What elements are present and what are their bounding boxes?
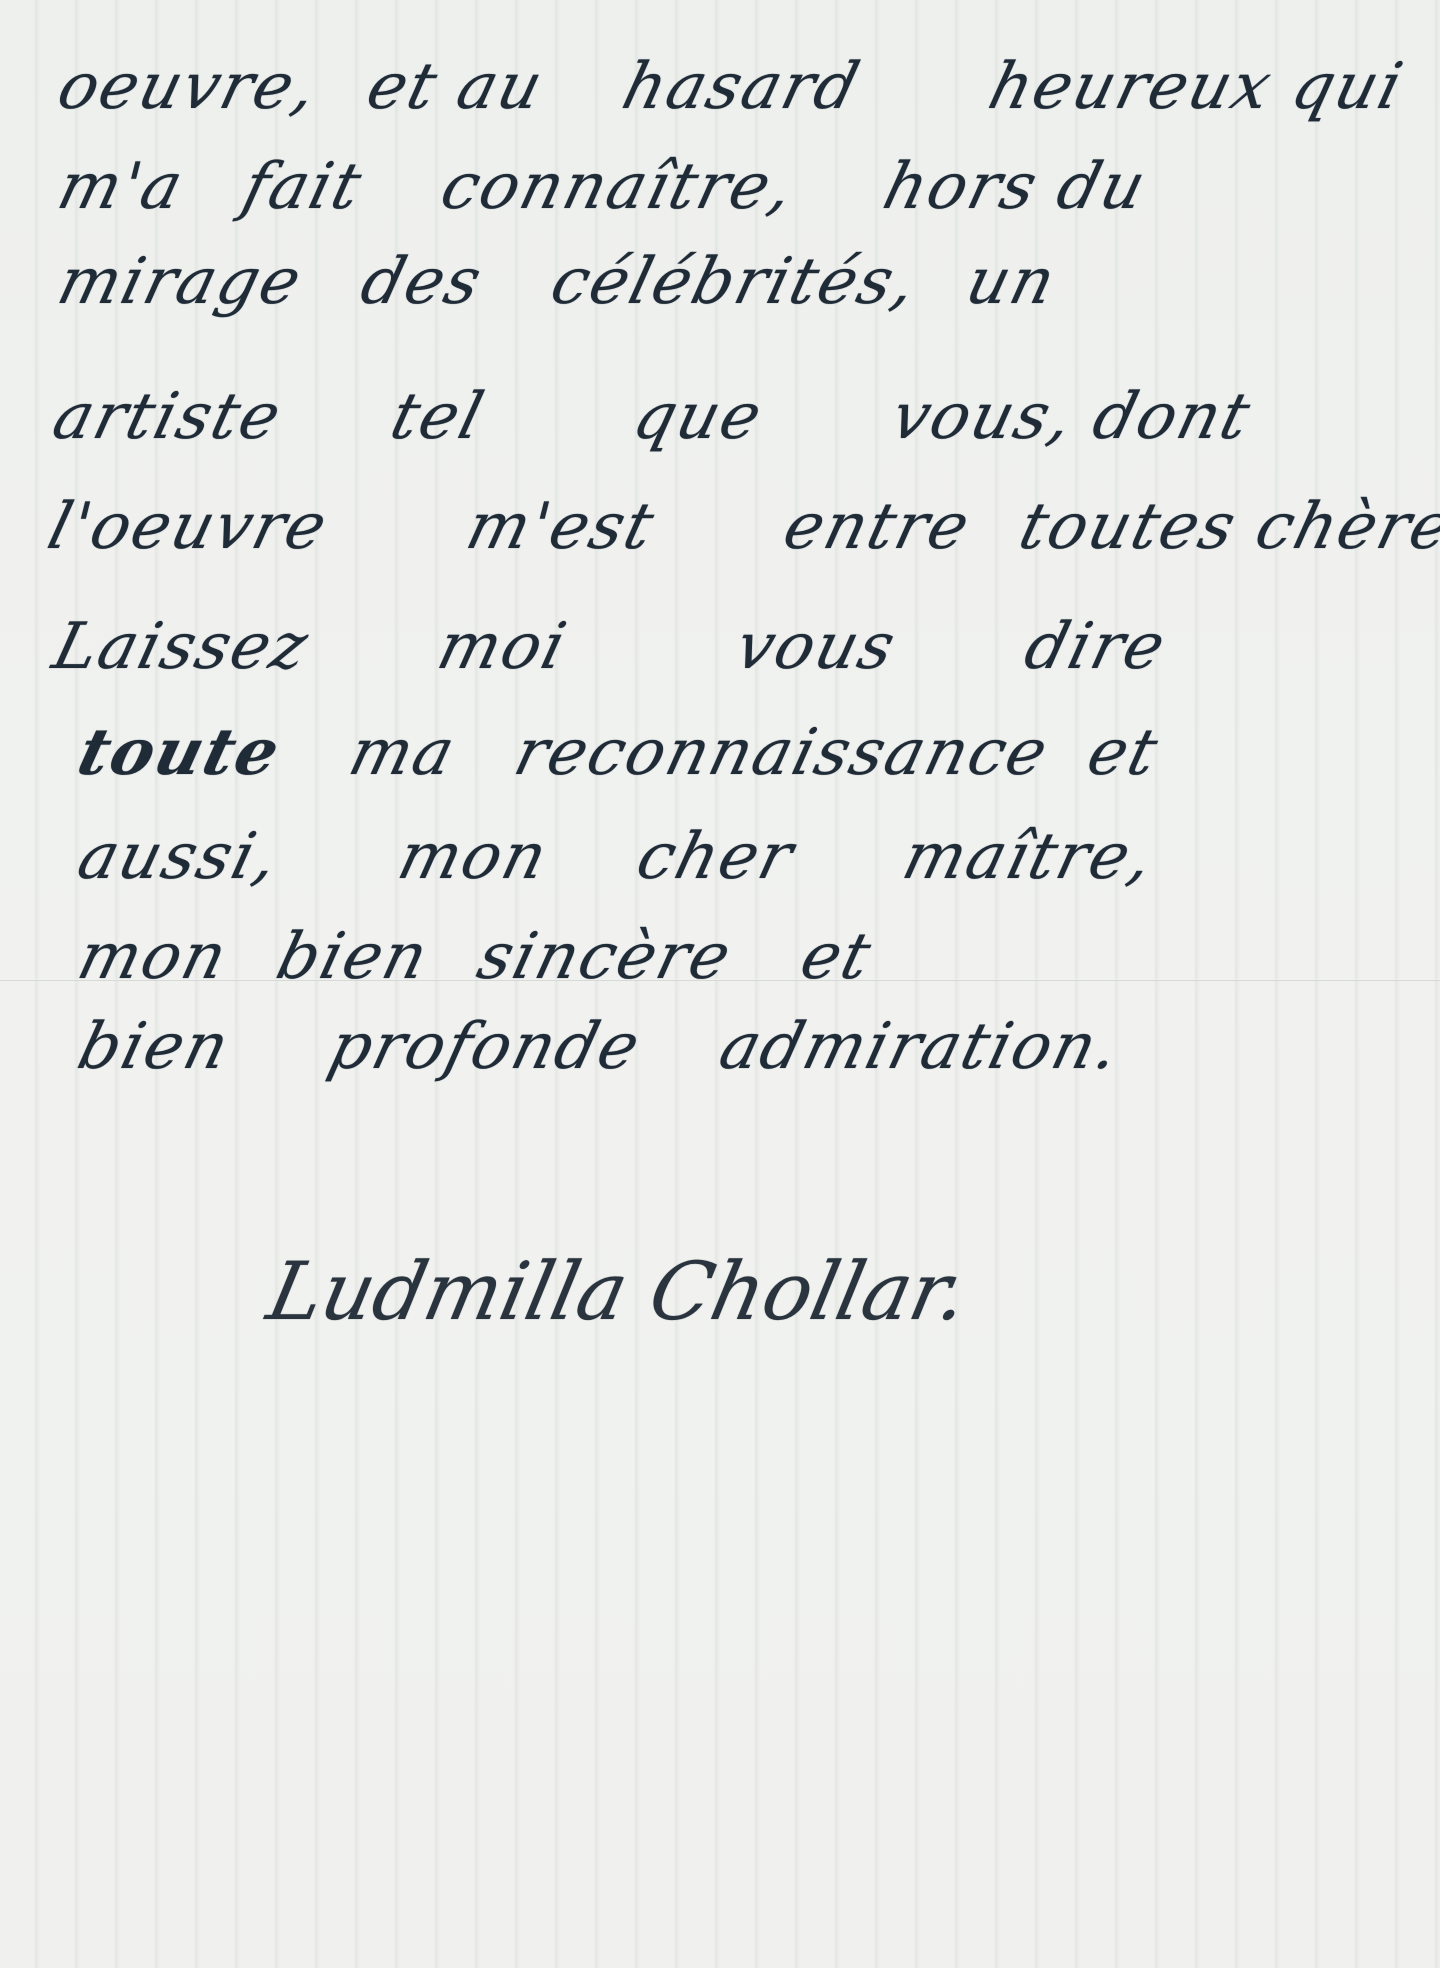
word: profonde xyxy=(322,1010,649,1084)
letter-line-8: aussi, mon cher maître, xyxy=(71,820,1162,894)
word: hasard xyxy=(615,50,867,124)
letter-line-7: toute ma reconnaissance et xyxy=(71,715,1167,790)
word: l'oeuvre xyxy=(41,490,336,564)
word: artiste xyxy=(46,380,290,454)
word: oeuvre, xyxy=(51,50,326,124)
word: tel xyxy=(383,380,492,454)
word: mon xyxy=(71,920,236,994)
word: Laissez xyxy=(46,610,317,684)
word: maître, xyxy=(896,820,1162,894)
word: toutes chère xyxy=(1012,490,1440,564)
word: un xyxy=(959,245,1064,319)
word: célébrités, xyxy=(544,245,925,319)
word: m'est xyxy=(459,490,662,564)
word: toute xyxy=(71,715,289,790)
letter-line-3: mirage des célébrités, un xyxy=(51,245,1064,319)
word: mirage xyxy=(51,245,310,319)
word: heureux qui xyxy=(982,50,1412,124)
word: connaître, xyxy=(434,150,802,224)
letter-line-5: l'oeuvre m'est entre toutes chère xyxy=(41,490,1440,564)
letter-line-6: Laissez moi vous dire xyxy=(46,610,1174,684)
letter-line-1: oeuvre, et au hasard heureux qui xyxy=(51,50,1411,124)
word: fait xyxy=(236,150,370,224)
letter-line-2: m'a fait connaître, hors du xyxy=(51,150,1155,224)
word: mon xyxy=(391,820,556,894)
word: ma xyxy=(342,716,463,790)
letter-line-9: mon bien sincère et xyxy=(71,920,880,994)
word: bien xyxy=(270,920,437,994)
word: moi xyxy=(431,610,575,684)
word: aussi, xyxy=(71,820,287,894)
word: entre xyxy=(776,490,978,564)
letter-line-4: artiste tel que vous, dont xyxy=(46,380,1259,454)
word: dire xyxy=(1018,610,1174,684)
letter-line-10: bien profonde admiration. xyxy=(71,1010,1128,1084)
word: hors du xyxy=(876,150,1154,224)
word: bien xyxy=(71,1010,238,1084)
word: vous, dont xyxy=(884,380,1258,454)
word: des xyxy=(354,245,490,319)
word: que xyxy=(626,380,771,454)
word: reconnaissance xyxy=(507,716,1056,790)
signature: Ludmilla Chollar. xyxy=(260,1245,976,1338)
word: m'a xyxy=(51,150,192,224)
word: sincère xyxy=(470,920,739,994)
word: cher xyxy=(630,820,802,894)
word: vous xyxy=(729,610,904,684)
word: admiration. xyxy=(712,1010,1128,1084)
word: et au xyxy=(360,50,552,124)
